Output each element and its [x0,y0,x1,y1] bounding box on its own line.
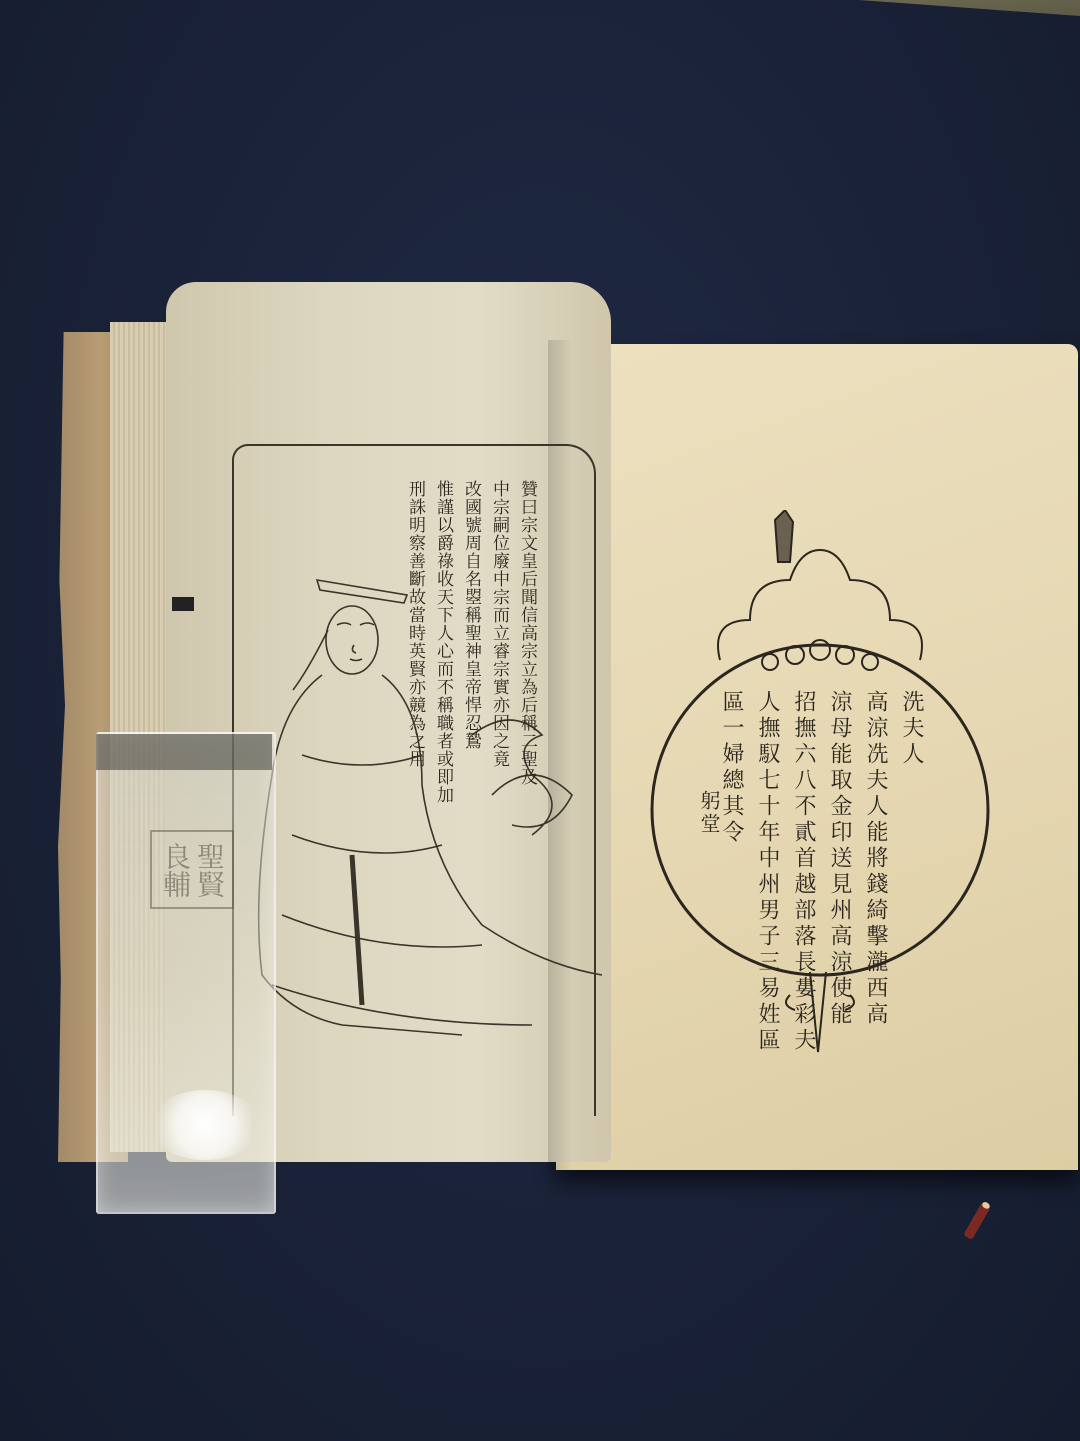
page-tab-mark [172,597,194,611]
seal-impression: 聖賢良輔 [150,830,234,909]
text-column: 高涼冼夫人能將錢綺擊瀧西高 [862,690,888,1054]
light-glare [150,1090,260,1160]
text-column: 涼母能取金印送見州高涼使能 [826,690,852,1054]
acrylic-top-band [96,734,272,770]
medallion-title: 洗夫人 [898,690,924,1054]
text-column: 惟謹以爵祿收天下人心而不稱職者或即加 [433,480,453,804]
text-column: 刑誅明察善斷故當時英賢亦竸為之用 [405,480,425,804]
text-column: 中宗嗣位廢中宗而立睿宗實亦因之竟 [489,480,509,804]
text-column: 改國號周自名曌稱聖神皇帝悍忍鷙 [461,480,481,804]
text-column: 贊曰宗文皇后聞信高宗立為后稱二聖及 [517,480,537,804]
left-page-text: 贊曰宗文皇后聞信高宗立為后稱二聖及 中宗嗣位廢中宗而立睿宗實亦因之竟 改國號周自… [405,480,537,804]
text-column: 區一婦總其令 [718,690,744,1054]
text-column: 人撫馭七十年中州男子三易姓區 [754,690,780,1054]
right-page-text: 洗夫人 高涼冼夫人能將錢綺擊瀧西高 涼母能取金印送見州高涼使能 招撫六八不貳首越… [718,690,924,1054]
text-column: 招撫六八不貳首越部落長婁彩夫 [790,690,816,1054]
